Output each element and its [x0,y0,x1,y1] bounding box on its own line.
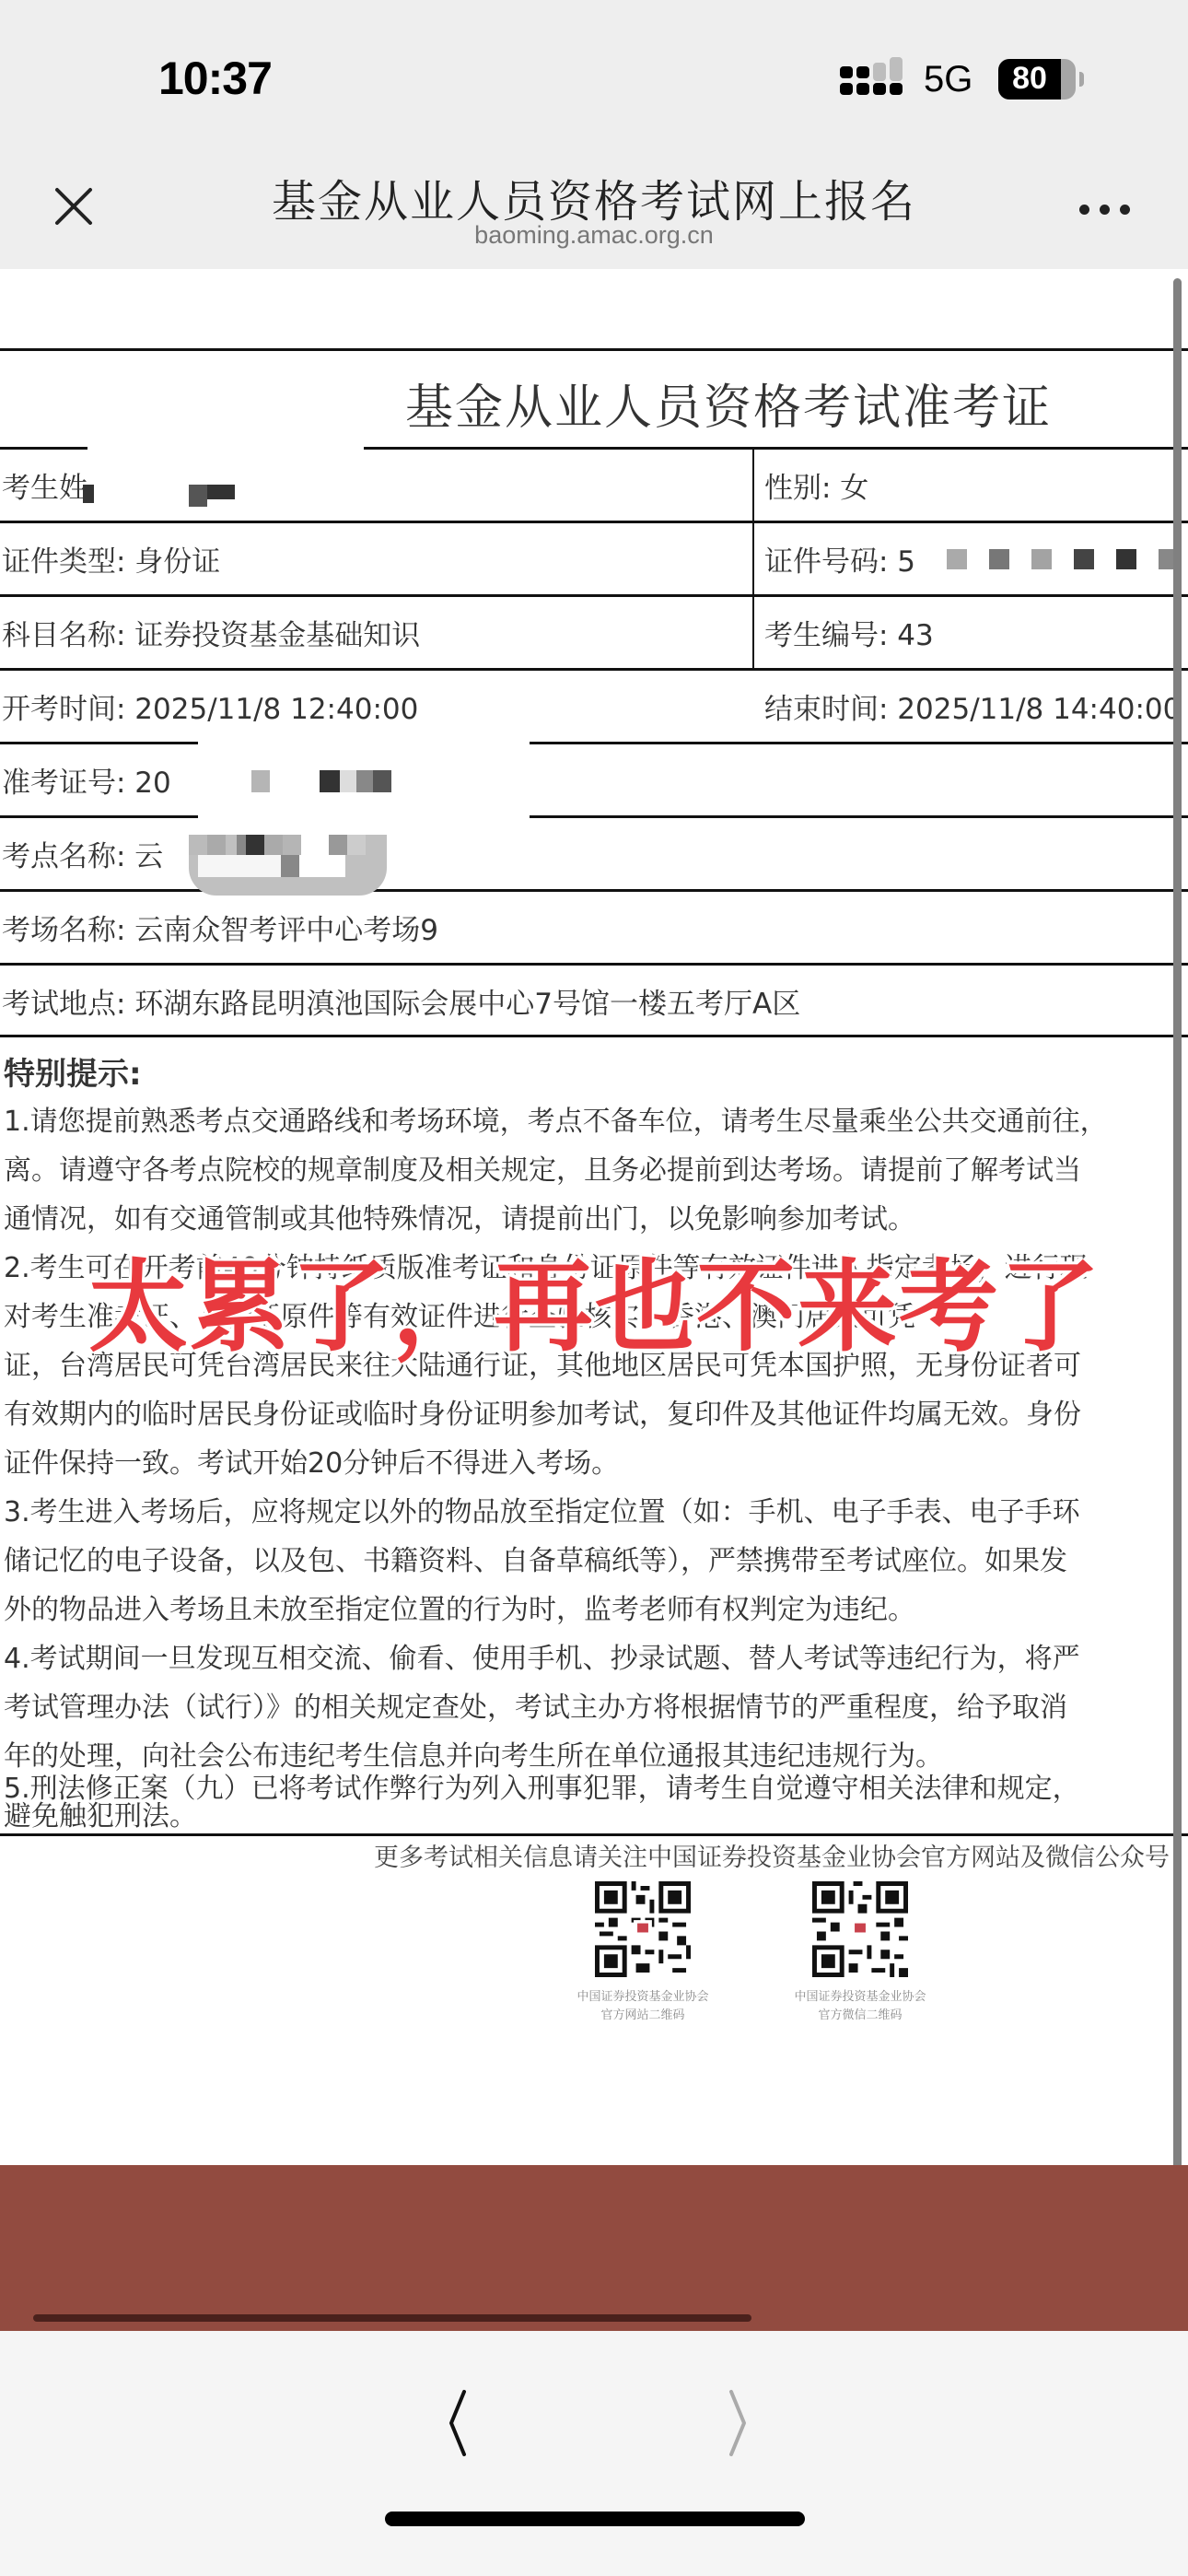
qr-caption-line: 中国证券投资基金业协会 [551,1988,735,2007]
table-border [0,742,1188,744]
note-line: 考试管理办法（试行）》的相关规定查处，考试主办方将根据情节的严重程度，给予取消 [4,1684,1067,1725]
admit-card-document: 基金从业人员资格考试准考证 考生姓 性别: 女 证件类型: 身份证 证件号码: … [0,269,1188,2165]
browser-top-bar: 10:37 5G 80 基金从业人员资格考试网上报名 baoming.amac.… [0,0,1188,269]
qr-code-website[interactable] [595,1881,691,1977]
note-line: 有效期内的临时居民身份证或临时身份证明参加考试，复印件及其他证件均属无效。身份 [4,1391,1081,1432]
field-id-type: 证件类型: 身份证 [2,538,220,580]
privacy-mask [207,485,235,499]
battery-icon: 80 [998,59,1076,100]
more-icon [1079,205,1089,215]
battery-nub [1079,72,1084,87]
note-line: 储记忆的电子设备，以及包、书籍资料、自备草稿纸等），严禁携带至考试座位。如果发 [4,1538,1067,1578]
back-button[interactable] [427,2366,483,2458]
horizontal-scrollbar[interactable] [33,2314,751,2322]
ticket-no-mosaic [198,739,530,818]
status-time: 10:37 [158,52,272,105]
qr-caption-website: 中国证券投资基金业协会 官方网站二维码 [551,1988,735,2025]
battery-percent: 80 [998,61,1061,97]
browser-bottom-bar [0,2331,1188,2576]
forward-button[interactable] [709,2366,764,2458]
field-end-time: 结束时间: 2025/11/8 14:40:00 [764,685,1181,727]
overlay-caption: 太累了，再也不来考了 [88,1227,1101,1370]
network-type: 5G [924,59,973,100]
qr-code-wechat[interactable] [812,1881,908,1977]
page-url: baoming.amac.org.cn [0,221,1188,250]
field-start-time: 开考时间: 2025/11/8 12:40:00 [2,685,418,727]
chevron-left-icon [427,2366,483,2458]
qr-caption-line: 中国证券投资基金业协会 [768,1988,952,2007]
id-number-mosaic [919,540,1188,577]
table-border [0,348,1188,351]
home-indicator[interactable] [385,2512,805,2526]
privacy-mask [189,485,207,507]
note-line: 3.考生进入考场后，应将规定以外的物品放至指定位置（如：手机、电子手表、电子手环 [4,1489,1080,1529]
note-line: 离。请遵守各考点院校的规章制度及相关规定，且务必提前到达考场。请提前了解考试当 [4,1147,1081,1188]
table-border [0,594,1188,597]
field-room-name: 考场名称: 云南众智考评中心考场9 [2,907,438,948]
field-name: 考生姓 [2,464,87,506]
qr-caption-wechat: 中国证券投资基金业协会 官方微信二维码 [768,1988,952,2025]
vertical-scrollbar[interactable] [1173,278,1182,2268]
chevron-right-icon [709,2366,764,2458]
note-line: 避免触犯刑法。 [4,1793,197,1833]
qr-caption-line: 官方网站二维码 [551,2007,735,2025]
column-divider [752,447,754,668]
cellular-signal-icon [840,59,904,96]
special-notes-title: 特别提示: [4,1048,142,1094]
note-line: 证件保持一致。考试开始20分钟后不得进入考场。 [4,1440,619,1481]
field-site-name: 考点名称: 云 [2,833,163,874]
qr-caption-line: 官方微信二维码 [768,2007,952,2025]
table-border [0,963,1188,966]
site-name-mosaic [189,835,387,896]
table-border [0,668,1188,671]
privacy-mask [83,485,94,503]
admit-card-title: 基金从业人员资格考试准考证 [405,369,1052,438]
note-line: 1.请您提前熟悉考点交通路线和考场环境，考点不备车位，请考生尽量乘坐公共交通前往… [4,1098,1108,1139]
field-id-number: 证件号码: 5 [764,538,915,580]
table-border [0,521,1188,523]
field-gender: 性别: 女 [764,464,868,506]
table-border [0,1035,1188,1037]
field-candidate-no: 考生编号: 43 [764,612,934,653]
footer-note: 更多考试相关信息请关注中国证券投资基金业协会官方网站及微信公众号 [374,1837,1170,1873]
field-ticket-no: 准考证号: 20 [2,759,171,801]
page-footer-band [0,2165,1188,2331]
table-border [0,815,1188,818]
field-subject: 科目名称: 证券投资基金基础知识 [2,612,420,653]
table-border [0,1833,1188,1836]
page-title: 基金从业人员资格考试网上报名 [0,166,1188,229]
note-line: 4.考试期间一旦发现互相交流、偷看、使用手机、抄录试题、替人考试等违纪行为，将严 [4,1635,1080,1676]
more-button[interactable] [1077,193,1136,221]
note-line: 外的物品进入考场且未放至指定位置的行为时，监考老师有权判定为违纪。 [4,1587,915,1627]
table-border [0,889,1188,892]
field-address: 考试地点: 环湖东路昆明滇池国际会展中心7号馆一楼五考厅A区 [2,980,800,1022]
